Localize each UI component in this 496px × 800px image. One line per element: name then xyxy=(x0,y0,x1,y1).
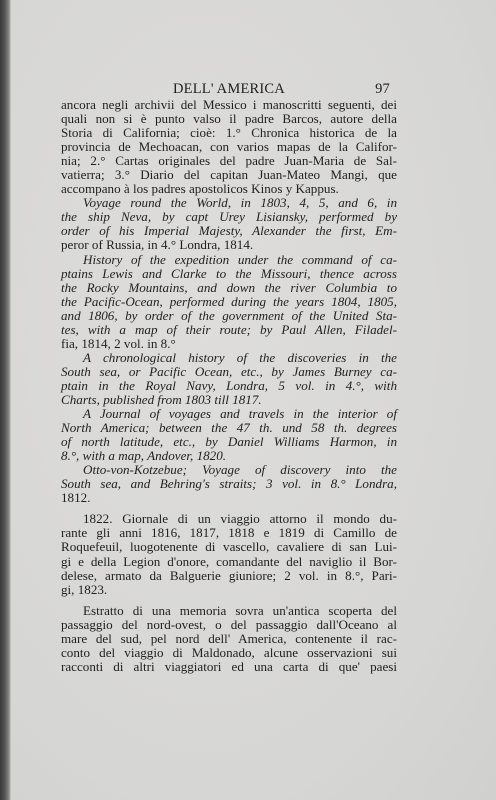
text-line: gi, 1823. xyxy=(61,583,397,597)
text-line: Estratto di una memoria sovra un'antica … xyxy=(61,604,397,618)
text-line: North America; between the 47 th. und 58… xyxy=(61,421,397,435)
text-line: Storia di California; cioè: 1.° Chronica… xyxy=(61,126,397,140)
text-line: Charts, published from 1803 till 1817. xyxy=(61,393,397,407)
text-line: mare del sud, pel nord dell' America, co… xyxy=(61,632,397,646)
text-line: conto del viaggio di Maldonado, alcune o… xyxy=(61,646,397,660)
text-line: order of his Imperial Majesty, Alexander… xyxy=(61,224,397,238)
text-line: Otto-von-Kotzebue; Voyage of discovery i… xyxy=(61,463,397,477)
text-line: A Journal of voyages and travels in the … xyxy=(61,407,397,421)
text-line: the ship Neva, by capt Urey Lisiansky, p… xyxy=(61,210,397,224)
text-line: nia; 2.° Cartas originales del padre Jua… xyxy=(61,154,397,168)
text-line: passaggio del nord-ovest, o del passaggi… xyxy=(61,618,397,632)
text-line: peror of Russia, in 4.° Londra, 1814. xyxy=(61,238,397,252)
book-gutter-edge xyxy=(0,0,11,800)
text-line: 1812. xyxy=(61,491,397,505)
body-text: ancora negli archivii del Messico i mano… xyxy=(61,98,397,674)
text-line: rante gli anni 1816, 1817, 1818 e 1819 d… xyxy=(61,526,397,540)
text-line: gi e della Legion d'onore, comandante de… xyxy=(61,555,397,569)
text-line: of north latitude, etc., by Daniel Willi… xyxy=(61,435,397,449)
text-line: 8.°, with a map, Andover, 1820. xyxy=(61,449,397,463)
text-line: South sea, or Pacific Ocean, etc., by Ja… xyxy=(61,365,397,379)
text-line: and 1806, by order of the government of … xyxy=(61,309,397,323)
text-line: ptain in the Royal Navy, Londra, 5 vol. … xyxy=(61,379,397,393)
text-line: delese, armato da Balguerie giuniore; 2 … xyxy=(61,569,397,583)
text-line: tes, with a map of their route; by Paul … xyxy=(61,323,397,337)
text-line: ancora negli archivii del Messico i mano… xyxy=(61,98,397,112)
text-line: the Rocky Mountains, and down the river … xyxy=(61,281,397,295)
text-line: ptains Lewis and Clarke to the Missouri,… xyxy=(61,267,397,281)
text-line: racconti di altri viaggiatori ed una car… xyxy=(61,660,397,674)
text-line: provincia de Mechoacan, con varios mapas… xyxy=(61,140,397,154)
text-line: fia, 1814, 2 vol. in 8.° xyxy=(61,337,397,351)
text-line: Voyage round the World, in 1803, 4, 5, a… xyxy=(61,196,397,210)
text-line: the Pacific-Ocean, performed during the … xyxy=(61,295,397,309)
text-line: accompano à los padres apostolicos Kinos… xyxy=(61,182,397,196)
running-head: DELL' AMERICA xyxy=(173,81,285,98)
text-line: 1822. Giornale di un viaggio attorno il … xyxy=(61,512,397,526)
page-number: 97 xyxy=(375,81,390,98)
text-line: History of the expedition under the comm… xyxy=(61,253,397,267)
book-page: DELL' AMERICA 97 ancora negli archivii d… xyxy=(11,0,496,800)
text-line: Roquefeuil, luogotenente di vascello, ca… xyxy=(61,540,397,554)
text-line: vatierra; 3.° Diario del capitan Juan-Ma… xyxy=(61,168,397,182)
text-line: South sea, and Behring's straits; 3 vol.… xyxy=(61,477,397,491)
text-line: quali non si è punto valso il padre Barc… xyxy=(61,112,397,126)
text-line: A chronological history of the discoveri… xyxy=(61,351,397,365)
